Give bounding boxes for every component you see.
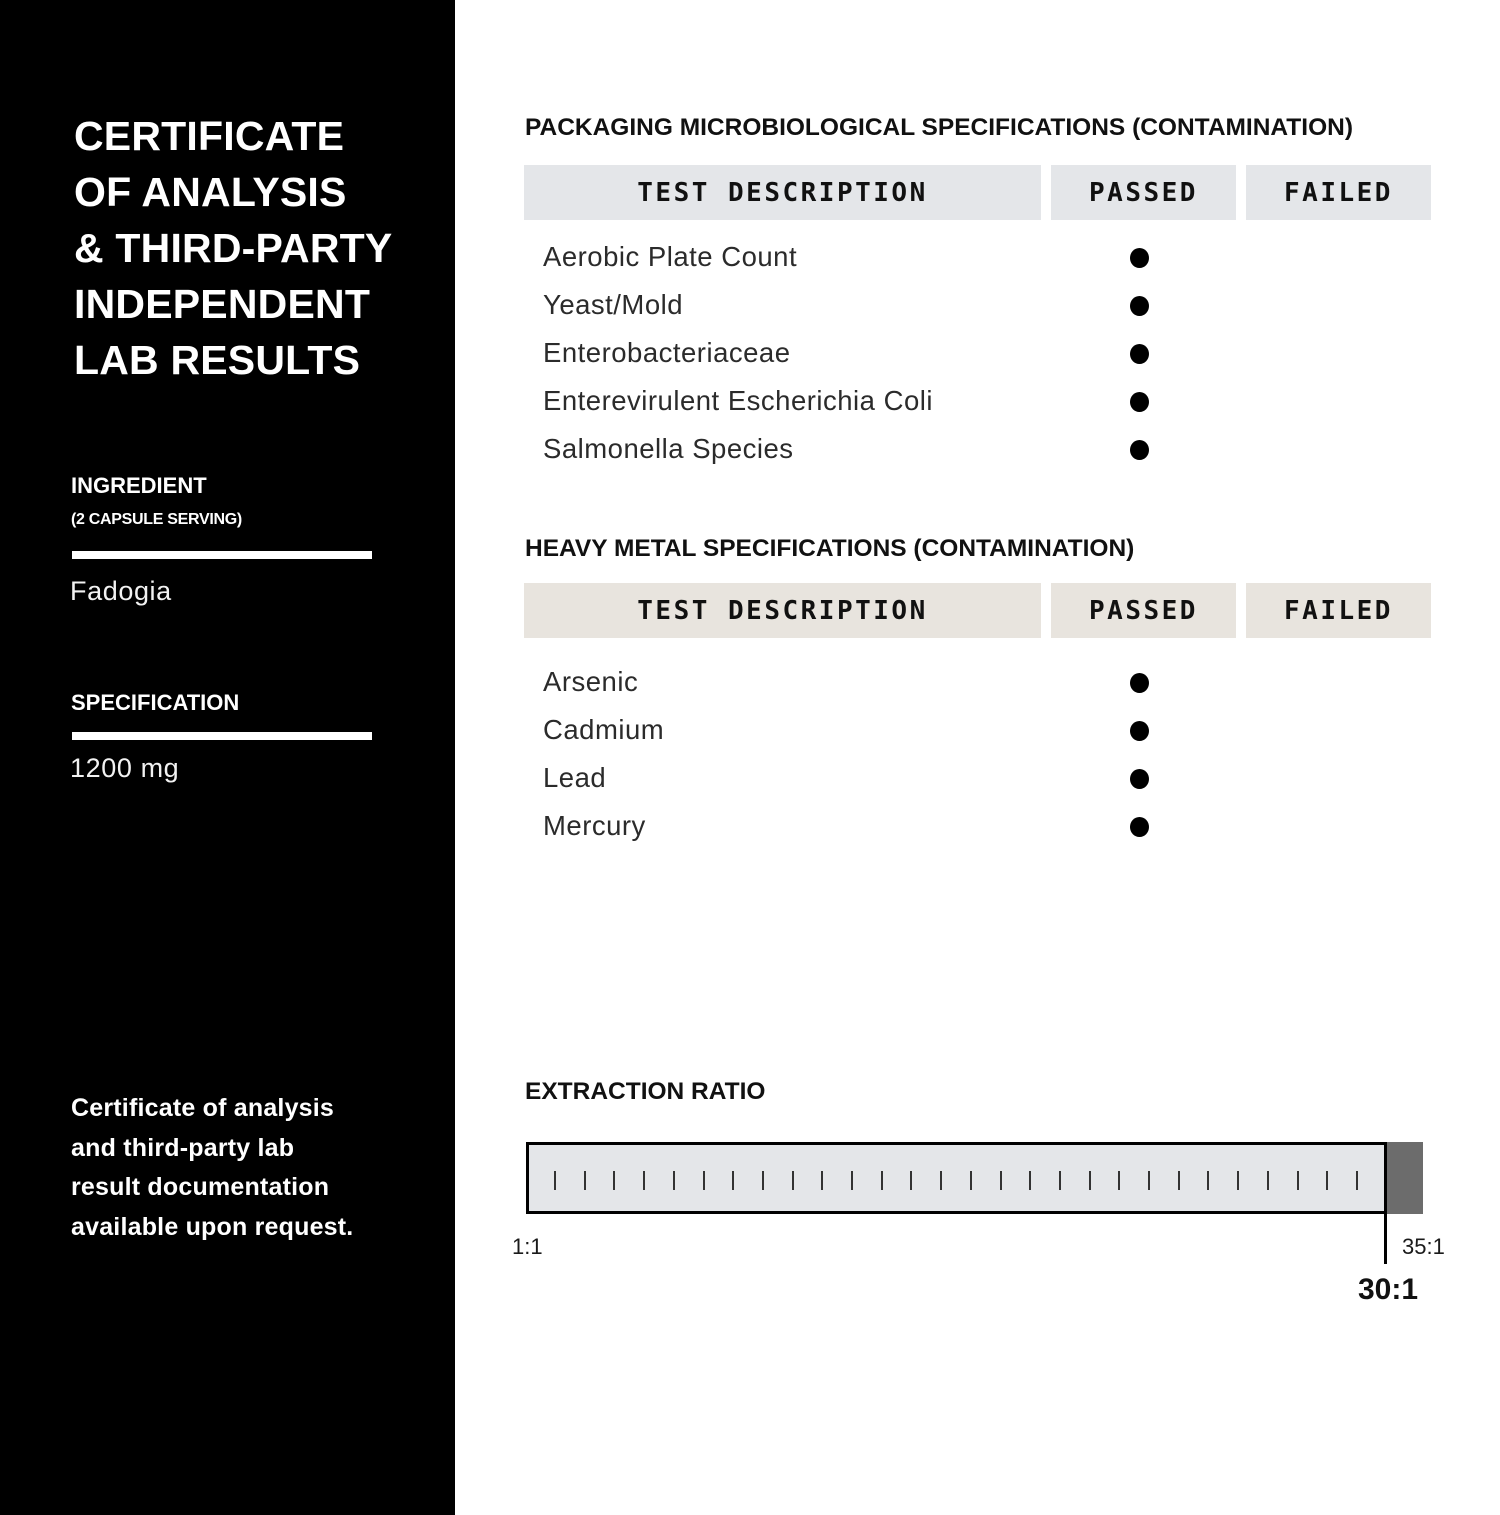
gauge-tick (970, 1171, 972, 1190)
table-row: Arsenic (524, 666, 1431, 714)
failed-cell (1325, 248, 1345, 268)
gauge-tick (821, 1171, 823, 1190)
failed-cell (1325, 440, 1345, 460)
passed-cell (1130, 344, 1150, 364)
ingredient-divider (72, 551, 372, 559)
passed-cell (1130, 440, 1150, 460)
ingredient-label: INGREDIENT (71, 473, 207, 499)
microbiological-table-body: Aerobic Plate CountYeast/MoldEnterobacte… (524, 241, 1431, 481)
page-title: CERTIFICATE OF ANALYSIS & THIRD-PARTY IN… (74, 108, 444, 388)
gauge-value-label: 30:1 (1358, 1273, 1418, 1307)
heavy-metal-table-header: TEST DESCRIPTION PASSED FAILED (524, 583, 1431, 638)
test-description: Mercury (543, 810, 646, 842)
specification-label: SPECIFICATION (71, 690, 239, 716)
gauge-tick (1237, 1171, 1239, 1190)
gauge-tick (703, 1171, 705, 1190)
passed-cell (1130, 817, 1150, 837)
gauge-tick (554, 1171, 556, 1190)
table-row: Enterevirulent Escherichia Coli (524, 385, 1431, 433)
extraction-ratio-title: EXTRACTION RATIO (525, 1078, 765, 1106)
column-header-test-description: TEST DESCRIPTION (524, 583, 1041, 638)
gauge-tick (1267, 1171, 1269, 1190)
gauge-tick (1118, 1171, 1120, 1190)
test-description: Enterevirulent Escherichia Coli (543, 385, 933, 417)
gauge-max-label: 35:1 (1402, 1234, 1445, 1260)
note-line: Certificate of analysis (71, 1089, 401, 1129)
column-header-failed: FAILED (1246, 583, 1431, 638)
heavy-metal-title: HEAVY METAL SPECIFICATIONS (CONTAMINATIO… (525, 535, 1134, 563)
test-description: Aerobic Plate Count (543, 241, 797, 273)
gauge-tick (732, 1171, 734, 1190)
failed-cell (1325, 673, 1345, 693)
sidebar: CERTIFICATE OF ANALYSIS & THIRD-PARTY IN… (0, 0, 455, 1515)
title-line: OF ANALYSIS (74, 164, 444, 220)
passed-dot-icon (1130, 440, 1149, 460)
passed-cell (1130, 769, 1150, 789)
test-description: Arsenic (543, 666, 638, 698)
table-row: Mercury (524, 810, 1431, 858)
column-header-passed: PASSED (1051, 583, 1236, 638)
gauge-tick (1356, 1171, 1358, 1190)
gauge-tick (613, 1171, 615, 1190)
gauge-tick (584, 1171, 586, 1190)
gauge-tick (792, 1171, 794, 1190)
test-description: Lead (543, 762, 606, 794)
gauge-tick (881, 1171, 883, 1190)
note-line: result documentation (71, 1168, 401, 1208)
failed-cell (1325, 769, 1345, 789)
gauge-value-marker (1384, 1142, 1387, 1264)
failed-cell (1325, 296, 1345, 316)
title-line: INDEPENDENT (74, 276, 444, 332)
title-line: & THIRD-PARTY (74, 220, 444, 276)
failed-cell (1325, 721, 1345, 741)
title-line: CERTIFICATE (74, 108, 444, 164)
ingredient-sublabel: (2 CAPSULE SERVING) (71, 511, 242, 529)
passed-cell (1130, 296, 1150, 316)
gauge-tick (673, 1171, 675, 1190)
passed-dot-icon (1130, 817, 1149, 837)
gauge-tick (762, 1171, 764, 1190)
passed-cell (1130, 673, 1150, 693)
gauge-tick (1297, 1171, 1299, 1190)
table-row: Salmonella Species (524, 433, 1431, 481)
table-row: Yeast/Mold (524, 289, 1431, 337)
gauge-tick (1029, 1171, 1031, 1190)
specification-value: 1200 mg (70, 753, 179, 784)
passed-dot-icon (1130, 248, 1149, 268)
passed-dot-icon (1130, 769, 1149, 789)
column-header-test-description: TEST DESCRIPTION (524, 165, 1041, 220)
test-description: Yeast/Mold (543, 289, 683, 321)
passed-dot-icon (1130, 673, 1149, 693)
gauge-tick (1059, 1171, 1061, 1190)
table-row: Aerobic Plate Count (524, 241, 1431, 289)
column-header-failed: FAILED (1246, 165, 1431, 220)
passed-dot-icon (1130, 344, 1149, 364)
gauge-min-label: 1:1 (512, 1234, 543, 1260)
microbiological-table-header: TEST DESCRIPTION PASSED FAILED (524, 165, 1431, 220)
passed-cell (1130, 721, 1150, 741)
gauge-tick (1207, 1171, 1209, 1190)
specification-divider (72, 732, 372, 740)
heavy-metal-table-body: ArsenicCadmiumLeadMercury (524, 666, 1431, 858)
microbiological-title: PACKAGING MICROBIOLOGICAL SPECIFICATIONS… (525, 114, 1353, 142)
failed-cell (1325, 817, 1345, 837)
passed-dot-icon (1130, 721, 1149, 741)
title-line: LAB RESULTS (74, 332, 444, 388)
gauge-fill (526, 1142, 1387, 1214)
gauge-tick (940, 1171, 942, 1190)
table-row: Cadmium (524, 714, 1431, 762)
gauge-tick (1178, 1171, 1180, 1190)
test-description: Cadmium (543, 714, 664, 746)
table-row: Enterobacteriaceae (524, 337, 1431, 385)
passed-dot-icon (1130, 296, 1149, 316)
test-description: Enterobacteriaceae (543, 337, 791, 369)
test-description: Salmonella Species (543, 433, 794, 465)
gauge-tick (643, 1171, 645, 1190)
gauge-tick (1326, 1171, 1328, 1190)
gauge-tick (1148, 1171, 1150, 1190)
failed-cell (1325, 344, 1345, 364)
gauge-tick (1089, 1171, 1091, 1190)
ingredient-value: Fadogia (70, 576, 172, 607)
gauge-tick (1000, 1171, 1002, 1190)
gauge-tick (910, 1171, 912, 1190)
gauge-tick (851, 1171, 853, 1190)
passed-dot-icon (1130, 392, 1149, 412)
table-row: Lead (524, 762, 1431, 810)
failed-cell (1325, 392, 1345, 412)
availability-note: Certificate of analysis and third-party … (71, 1089, 401, 1247)
note-line: available upon request. (71, 1208, 401, 1248)
passed-cell (1130, 248, 1150, 268)
passed-cell (1130, 392, 1150, 412)
column-header-passed: PASSED (1051, 165, 1236, 220)
note-line: and third-party lab (71, 1129, 401, 1169)
